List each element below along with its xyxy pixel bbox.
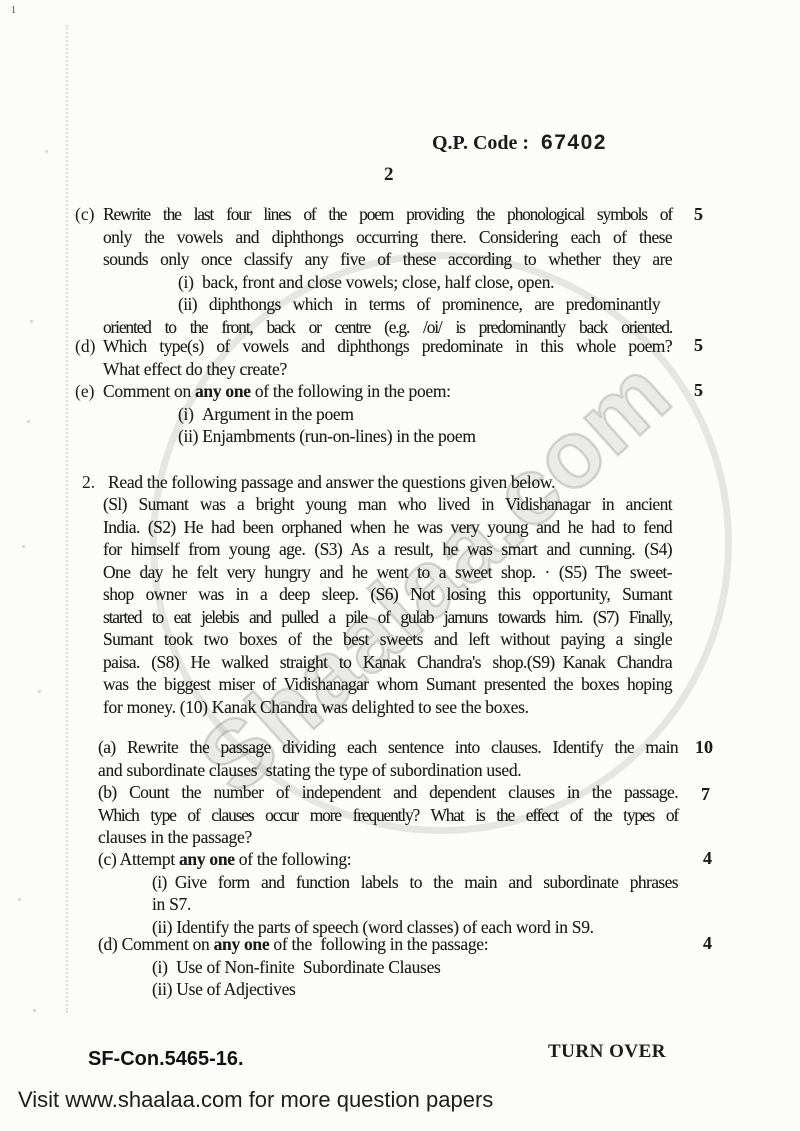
marks-value: 10 [695, 737, 713, 758]
emphasis-text: any one [179, 849, 235, 869]
marks-value: 4 [703, 933, 712, 954]
passage-line: One day he felt very hungry and he went … [103, 561, 672, 584]
marks-value: 7 [701, 784, 710, 805]
subitem-line: (ii) Enjambments (run-on-lines) in the p… [178, 425, 672, 448]
scan-corner-mark: 1 [11, 5, 16, 16]
question-1c: (c) Rewrite the last four lines of the p… [75, 203, 672, 338]
question-1d: (d) Which type(s) of vowels and diphthon… [75, 335, 672, 380]
page-number: 2 [384, 164, 394, 186]
passage-line: paisa. (S8) He walked straight to Kanak … [103, 651, 672, 674]
subitem-line: (i) Argument in the poem [178, 403, 672, 426]
turn-over-label: TURN OVER [548, 1041, 666, 1063]
passage-line: Sumant took two boxes of the best sweets… [103, 628, 672, 651]
question-line: (c) Attempt any one of the following: [98, 848, 678, 871]
part-label: (e) [75, 380, 94, 403]
question-line: and subordinate clauses stating the type… [98, 759, 678, 782]
question-line: clauses in the passage? [98, 826, 678, 849]
question-line: (b) Count the number of independent and … [98, 781, 678, 804]
emphasis-text: any one [195, 381, 251, 401]
subitem-line: (ii) diphthongs which in terms of promin… [178, 293, 660, 316]
question-line: What effect do they create? [103, 358, 672, 381]
question-line: Read the following passage and answer th… [108, 471, 722, 494]
passage-line: (Sl) Sumant was a bright young man who l… [103, 493, 672, 516]
question-number: 2. [82, 471, 95, 494]
qp-code-label: Q.P. Code : [432, 132, 529, 154]
site-banner-text: Visit www.shaalaa.com for more question … [18, 1087, 493, 1113]
marks-value: 4 [703, 848, 712, 869]
paper-serial-code: SF-Con.5465-16. [88, 1048, 244, 1071]
question-2a: (a) Rewrite the passage dividing each se… [98, 736, 678, 781]
passage-line: India. (S2) He had been orphaned when he… [103, 516, 672, 539]
subitem-line: in S7. [152, 893, 678, 916]
line-text: Comment on [103, 381, 195, 401]
passage-line: started to eat jelebis and pulled a pile… [103, 606, 672, 629]
question-1e: (e) Comment on any one of the following … [75, 380, 672, 448]
question-line: (d) Comment on any one of the following … [98, 933, 678, 956]
subitem-line: (i) Use of Non-finite Subordinate Clause… [152, 956, 678, 979]
question-line: Rewrite the last four lines of the poem … [103, 203, 672, 226]
question-line: Comment on any one of the following in t… [103, 380, 672, 403]
passage-line: for himself from young age. (S3) As a re… [103, 538, 672, 561]
qp-code-value: 67402 [541, 131, 607, 154]
question-line: sounds only once classify any five of th… [103, 248, 672, 271]
question-line: (a) Rewrite the passage dividing each se… [98, 736, 678, 759]
question-2c: (c) Attempt any one of the following: (i… [98, 848, 678, 938]
page-edge-line [66, 25, 68, 1013]
question-line: Which type of clauses occur more frequen… [98, 804, 678, 827]
emphasis-text: any one [214, 934, 270, 954]
line-text: (c) Attempt [98, 849, 179, 869]
question-2b: (b) Count the number of independent and … [98, 781, 678, 849]
line-text: of the following in the passage: [269, 934, 488, 954]
marks-value: 5 [694, 380, 703, 401]
qp-code: Q.P. Code : 67402 [432, 131, 607, 155]
question-line: only the vowels and diphthongs occurring… [103, 226, 672, 249]
line-text: of the following: [235, 849, 352, 869]
scanned-question-paper: 1 Shaalaa.com Q.P. Code : 67402 2 (c) Re… [0, 0, 800, 1131]
part-label: (d) [75, 335, 95, 358]
passage-line: was the biggest miser of Vidishanagar wh… [103, 673, 672, 696]
question-2-heading: 2. Read the following passage and answer… [82, 471, 722, 494]
line-text: (d) Comment on [98, 934, 214, 954]
subitem-line: (i) Give form and function labels to the… [152, 871, 678, 894]
question-2d: (d) Comment on any one of the following … [98, 933, 678, 1001]
subitem-line: (ii) Use of Adjectives [152, 978, 678, 1001]
question-line: Which type(s) of vowels and diphthongs p… [103, 335, 672, 358]
marks-value: 5 [694, 335, 703, 356]
marks-value: 5 [694, 204, 703, 225]
passage-line: for money. (10) Kanak Chandra was deligh… [103, 696, 672, 719]
passage-line: shop owner was in a deep sleep. (S6) Not… [103, 583, 672, 606]
passage: (Sl) Sumant was a bright young man who l… [103, 493, 672, 718]
subitem-line: (i) back, front and close vowels; close,… [178, 271, 672, 294]
part-label: (c) [75, 203, 94, 226]
line-text: of the following in the poem: [251, 381, 451, 401]
